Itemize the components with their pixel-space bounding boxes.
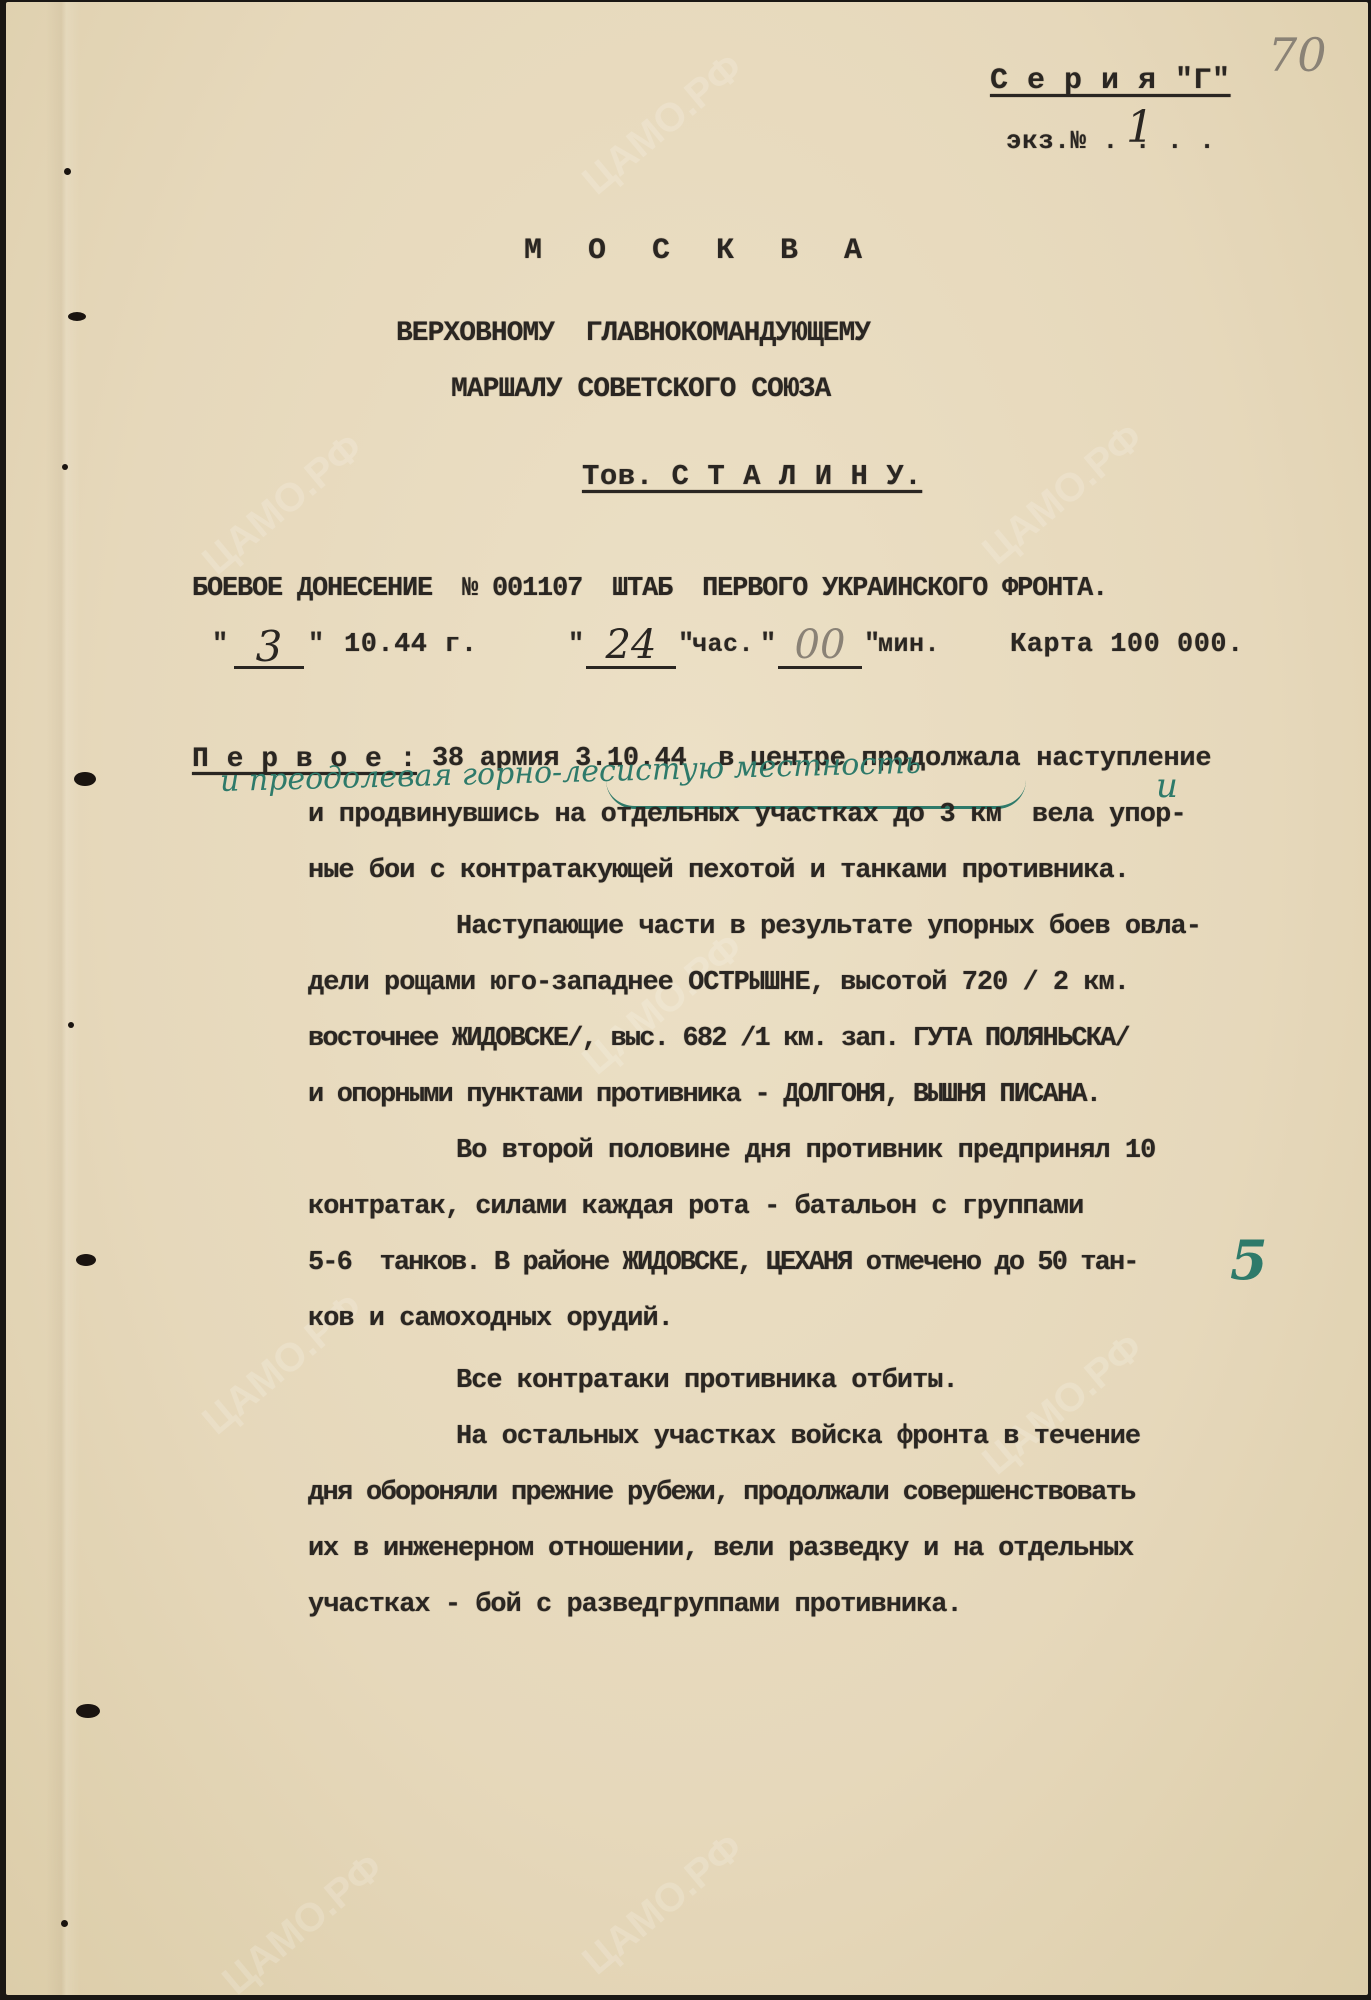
page-number-handwritten: 70 xyxy=(1268,28,1327,82)
body-line: контратак, силами каждая рота - батальон… xyxy=(308,1192,1083,1222)
body-line: Во второй половине дня противник предпри… xyxy=(456,1136,1155,1166)
day-field: 3 xyxy=(234,622,304,669)
watermark: ЦАМО.РФ xyxy=(974,1325,1152,1484)
map-scale: Карта 100 000. xyxy=(1010,630,1244,660)
address-line-2: МАРШАЛУ СОВЕТСКОГО СОЮЗА xyxy=(451,374,830,405)
binding-hole xyxy=(61,1920,68,1927)
body-line: 5-6 танков. В районе ЖИДОВСКЕ, ЦЕХАНЯ от… xyxy=(308,1248,1138,1278)
recipient: Тов. С Т А Л И Н У. xyxy=(582,460,922,493)
body-line: и продвинувшись на отдельных участках до… xyxy=(308,800,1186,830)
hour-label: час. xyxy=(692,630,754,659)
binding-hole xyxy=(68,1022,74,1028)
watermark: ЦАМО.РФ xyxy=(574,925,752,1084)
binding-hole xyxy=(76,1704,100,1718)
series-label: С е р и я "Г" xyxy=(990,64,1231,98)
day-value: 3 xyxy=(256,622,283,671)
watermark: ЦАМО.РФ xyxy=(194,425,372,584)
body-line: Все контратаки противника отбиты. xyxy=(456,1366,958,1396)
report-title-line: БОЕВОЕ ДОНЕСЕНИЕ № 001107 ШТАБ ПЕРВОГО У… xyxy=(192,574,1107,604)
hour-field: 24 xyxy=(586,622,676,669)
binding-fold xyxy=(46,2,80,1995)
body-line: дня обороняли прежние рубежи, продолжали… xyxy=(308,1478,1135,1508)
handwritten-insert-word: и xyxy=(1156,766,1178,806)
copy-number-label: экз.№ . . . . xyxy=(1006,126,1215,156)
watermark: ЦАМО.РФ xyxy=(574,45,752,204)
month-year: 10.44 г. xyxy=(344,630,478,660)
binding-hole xyxy=(64,168,71,175)
copy-number-handwritten: 1 xyxy=(1126,102,1154,153)
address-line-1: ВЕРХОВНОМУ ГЛАВНОКОМАНДУЮЩЕМУ xyxy=(396,318,870,349)
body-line: дели рощами юго-западнее ОСТРЫШНЕ, высот… xyxy=(308,968,1129,998)
handwritten-correction: 5 xyxy=(1230,1228,1268,1292)
body-line: ков и самоходных орудий. xyxy=(308,1304,673,1334)
body-line: Наступающие части в результате упорных б… xyxy=(456,912,1201,942)
city-heading: М О С К В А xyxy=(524,234,876,268)
minute-label: мин. xyxy=(878,630,940,659)
minute-field: 00 xyxy=(778,622,862,669)
binding-hole xyxy=(68,312,86,321)
report-datetime-line: " 3 " 10.44 г. " 24 " час. " 00 " мин. К… xyxy=(212,622,1352,672)
body-line: участках - бой с разведгруппами противни… xyxy=(308,1590,962,1620)
hour-value: 24 xyxy=(606,622,657,668)
document-page: ЦАМО.РФ ЦАМО.РФ ЦАМО.РФ ЦАМО.РФ ЦАМО.РФ … xyxy=(6,2,1368,1995)
binding-hole xyxy=(74,772,96,786)
watermark: ЦАМО.РФ xyxy=(974,415,1152,574)
minute-value: 00 xyxy=(795,622,846,668)
binding-hole xyxy=(76,1254,96,1266)
body-line: их в инженерном отношении, вели разведку… xyxy=(308,1534,1133,1564)
watermark: ЦАМО.РФ xyxy=(214,1845,392,2000)
body-line: и опорными пунктами противника - ДОЛГОНЯ… xyxy=(308,1080,1100,1110)
binding-hole xyxy=(62,464,68,470)
watermark: ЦАМО.РФ xyxy=(574,1825,752,1984)
body-line: восточнее ЖИДОВСКЕ/, выс. 682 /1 км. зап… xyxy=(308,1024,1129,1054)
body-line: ные бои с контратакующей пехотой и танка… xyxy=(308,856,1129,886)
body-line: На остальных участках войска фронта в те… xyxy=(456,1422,1140,1452)
